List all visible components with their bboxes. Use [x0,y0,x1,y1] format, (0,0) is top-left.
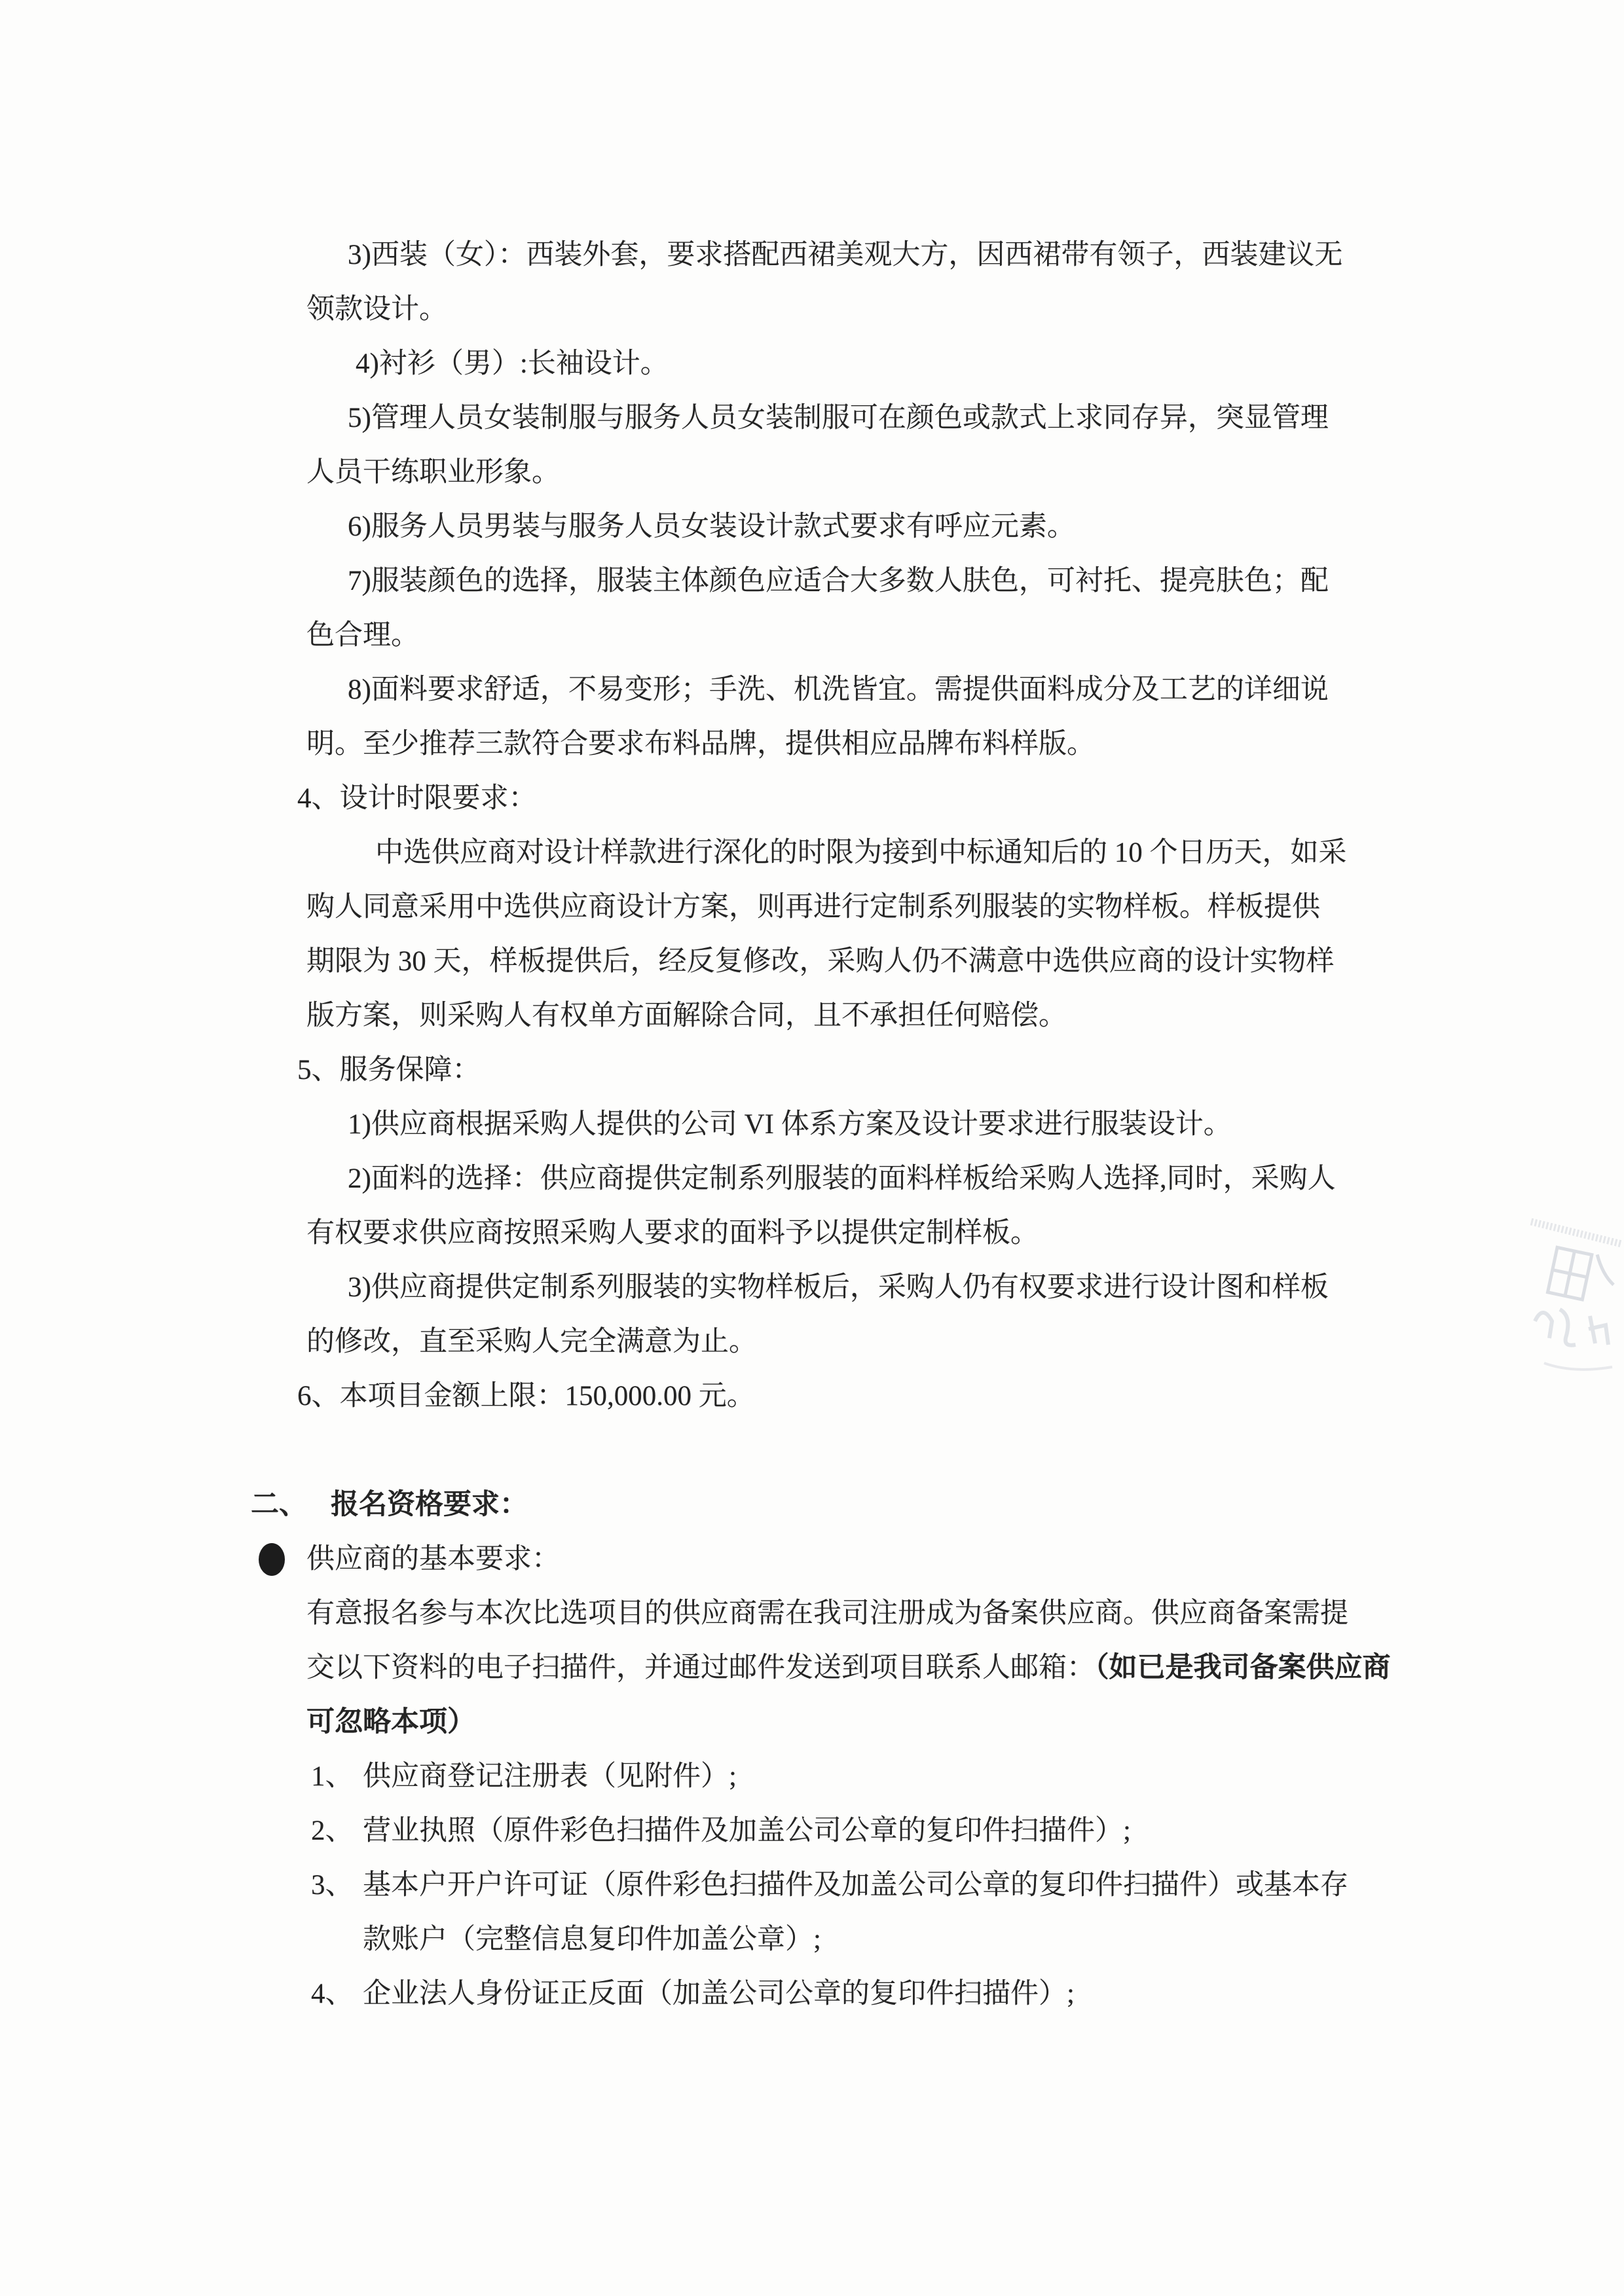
section4-para-line4: 版方案，则采购人有权单方面解除合同，且不承担任何赔偿。 [306,989,1362,1043]
spec-item3-line1: 3)西装（女）：西装外套，要求搭配西裙美观大方，因西裙带有领子，西装建议无 [306,228,1362,282]
section5-item2-line2: 有权要求供应商按照采购人要求的面料予以提供定制样板。 [306,1206,1362,1260]
section4-para-line3: 期限为 30 天，样板提供后，经反复修改，采购人仍不满意中选供应商的设计实物样 [306,934,1362,989]
registration-doc-item-2-number: 2、 [311,1804,354,1858]
section5-item3-line2: 的修改，直至采购人完全满意为止。 [306,1315,1362,1369]
registration-doc-item-1: 1、供应商登记注册表（见附件）; [306,1749,1362,1804]
section5-heading: 5、服务保障： [297,1043,1362,1097]
spec-item8-line2: 明。至少推荐三款符合要求布料品牌，提供相应品牌布料样版。 [306,717,1362,771]
spec-item5-line1: 5)管理人员女装制服与服务人员女装制服可在颜色或款式上求同存异，突显管理 [306,391,1362,445]
section4-heading: 4、设计时限要求： [297,771,1362,826]
spec-item6: 6)服务人员男装与服务人员女装设计款式要求有呼应元素。 [306,500,1362,554]
section5-item1: 1)供应商根据采购人提供的公司 VI 体系方案及设计要求进行服装设计。 [306,1097,1362,1152]
registration-intro-line2-normal: 交以下资料的电子扫描件，并通过邮件发送到项目联系人邮箱： [306,1652,1095,1683]
registration-doc-item-3-text: 基本户开户许可证（原件彩色扫描件及加盖公司公章的复印件扫描件）或基本存 [363,1870,1348,1901]
spec-item7-line2: 色合理。 [306,608,1362,663]
spec-item7-line1: 7)服装颜色的选择，服装主体颜色应适合大多数人肤色，可衬托、提亮肤色；配 [306,554,1362,608]
supplier-basic-requirements-line: 供应商的基本要求： [306,1532,1362,1586]
section5-item2-line1: 2)面料的选择：供应商提供定制系列服装的面料样板给采购人选择,同时，采购人 [306,1152,1362,1206]
supplier-basic-requirements-label: 供应商的基本要求： [306,1544,560,1575]
registration-doc-item-4-text: 企业法人身份证正反面（加盖公司公章的复印件扫描件）; [363,1978,1075,2009]
document-text-block: 3)西装（女）：西装外套，要求搭配西裙美观大方，因西裙带有领子，西装建议无 领款… [306,228,1362,2021]
registration-doc-item-4: 4、企业法人身份证正反面（加盖公司公章的复印件扫描件）; [306,1967,1362,2021]
blank-line [306,1423,1362,1478]
registration-intro-line2-bold: （如已是我司备案供应商 [1095,1652,1391,1683]
section2-heading: 二、报名资格要求： [251,1478,1362,1532]
registration-doc-item-2: 2、营业执照（原件彩色扫描件及加盖公司公章的复印件扫描件）; [306,1804,1362,1858]
registration-doc-item-1-text: 供应商登记注册表（见附件）; [363,1761,737,1792]
spec-item8-line1: 8)面料要求舒适，不易变形；手洗、机洗皆宜。需提供面料成分及工艺的详细说 [306,663,1362,717]
registration-doc-item-3: 3、基本户开户许可证（原件彩色扫描件及加盖公司公章的复印件扫描件）或基本存 [306,1858,1362,1912]
section2-heading-title: 报名资格要求： [331,1489,528,1520]
section4-para-line2: 购人同意采用中选供应商设计方案，则再进行定制系列服装的实物样板。样板提供 [306,880,1362,934]
registration-intro-line3: 可忽略本项） [306,1695,1362,1749]
registration-doc-item-4-number: 4、 [311,1967,354,2021]
bullet-icon [259,1543,285,1576]
spec-item3-line2: 领款设计。 [306,282,1362,337]
spec-item5-line2: 人员干练职业形象。 [306,445,1362,500]
registration-intro-line1: 有意报名参与本次比选项目的供应商需在我司注册成为备案供应商。供应商备案需提 [306,1586,1362,1641]
section5-item3-line1: 3)供应商提供定制系列服装的实物样板后，采购人仍有权要求进行设计图和样板 [306,1260,1362,1315]
section2-heading-number: 二、 [251,1489,307,1520]
registration-doc-item-3-number: 3、 [311,1858,354,1912]
registration-intro-line2: 交以下资料的电子扫描件，并通过邮件发送到项目联系人邮箱：（如已是我司备案供应商 [306,1641,1362,1695]
section6-heading: 6、本项目金额上限：150,000.00 元。 [297,1369,1362,1423]
stamp-bleedthrough-artifact [1526,1211,1624,1388]
registration-doc-item-1-number: 1、 [311,1749,354,1804]
spec-item4: 4)衬衫（男）:长袖设计。 [306,337,1362,391]
scanned-document-page: 3)西装（女）：西装外套，要求搭配西裙美观大方，因西裙带有领子，西装建议无 领款… [0,0,1624,2296]
registration-doc-item-3-wrap: 款账户（完整信息复印件加盖公章）; [306,1912,1362,1967]
registration-doc-item-2-text: 营业执照（原件彩色扫描件及加盖公司公章的复印件扫描件）; [363,1815,1131,1846]
section4-para-line1: 中选供应商对设计样款进行深化的时限为接到中标通知后的 10 个日历天，如采 [306,826,1362,880]
